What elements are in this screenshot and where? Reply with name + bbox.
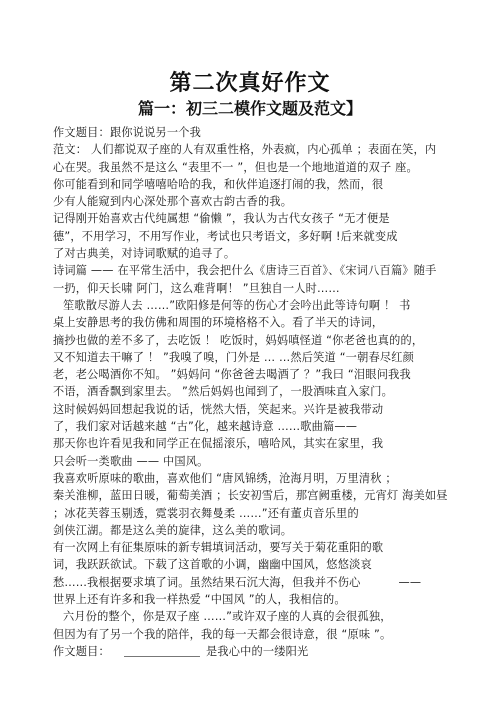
text-line: 愁……我根据要求填了词。虽然结果石沉大海，但我并不伤心—— [53, 574, 473, 591]
text-line: ；冰花芙蓉玉剔透，霓裳羽衣舞曼柔 ……”还有董贞音乐里的 [53, 505, 473, 522]
text-line: 有一次网上有征集原味的新专辑填词活动，要写关于菊花重阳的歌 [53, 539, 473, 556]
text-line: 了对古典美，对诗词歌赋的追寻了。 [53, 245, 473, 262]
text-line: 但因为有了另一个我的陪伴，我的每一天都会很诗意，很 “原味 ”。 [53, 626, 473, 643]
text-line: 那天你也许看见我和同学正在侃摇滚乐，嘻哈风，其实在家里，我 [53, 435, 473, 452]
document-subtitle: 篇一：初三二模作文题及范文】 [0, 96, 500, 119]
text-line: 剑侠江湖。都是这么美的旋律，这么美的歌词。 [53, 522, 473, 539]
final-prompt-line: 作文题目：是我心中的一缕阳光 [53, 643, 473, 660]
text-line: 只会听一类歌曲 —— 中国风。 [53, 453, 473, 470]
text-line: 德”，不用学习，不用写作业，考试也只考语文，多好啊 !后来就变成 [53, 228, 473, 245]
text-line-content: 愁……我根据要求填了词。虽然结果石沉大海，但我并不伤心 [53, 576, 360, 589]
text-line: 心在哭。我虽然不是这么 “表里不一 ”，但也是一个地地道道的双子 座。 [53, 159, 473, 176]
text-line: 词，我跃跃欲试。下载了这首歌的小调，幽幽中国风，悠悠淡哀 [53, 556, 473, 573]
text-line: 桌上安静思考的我仿佛和周围的环境格格不入。看了半天的诗词， [53, 314, 473, 331]
text-line: 少有人能窥到内心深处那个喜欢古韵古香的我。 [53, 193, 473, 210]
text-line: 又不知道去干嘛了 ！ ”我嗅了嗅，门外是 … …然后笑道 “一朝春尽红颜 [53, 349, 473, 366]
text-line: 诗词篇 —— 在平常生活中，我会把什么《唐诗三百首》、《宋词八百篇》随手 [53, 262, 473, 279]
text-line: 六月份的整个，你是双子座 ……”或许双子座的人真的会很孤独， [53, 608, 473, 625]
dash-tail: —— [398, 574, 421, 591]
text-line: 记得刚开始喜欢古代纯属想 “偷懒 ”，我认为古代女孩子 “无才便是 [53, 210, 473, 227]
text-line: 我喜欢听原味的歌曲，喜欢他们 “唐风锦绣，沧海月明，万里清秋 ； [53, 470, 473, 487]
essay-body: 作文题目：跟你说说另一个我 范文： 人们都说双子座的人有双重性格，外表疯，内心孤… [53, 124, 473, 660]
text-line: 老，老公喝酒你不知。 ”妈妈问 “你爸爸去喝酒了 ？”我曰 “泪眼问我我 [53, 366, 473, 383]
prompt-label: 作文题目： [53, 645, 110, 658]
prompt-suffix: 是我心中的一缕阳光 [206, 645, 309, 658]
text-line: 摘抄也做的差不多了，去吃饭 ！ 吃饭时，妈妈嗔怪道 “你老爸也真的的， [53, 332, 473, 349]
document-title: 第二次真好作文 [0, 66, 500, 97]
text-line: 世界上还有许多和我一样热爱 “中国风 ”的人，我相信的。 [53, 591, 473, 608]
text-line: 你可能看到和同学嘻嘻哈哈的我，和伙伴追逐打闹的我，然而，很 [53, 176, 473, 193]
text-line: 范文： 人们都说双子座的人有双重性格，外表疯，内心孤单 ；表面在笑，内 [53, 141, 473, 158]
text-line: 秦关淮柳，蓝田日暖，葡萄美酒 ；长安初雪后，那宫阙重楼，元宵灯 海美如昼 [53, 487, 473, 504]
text-line: 笙歌散尽游人去 ……”欧阳修是何等的伤心才会吟出此等诗句啊 ！ 书 [53, 297, 473, 314]
fill-in-blank [124, 646, 200, 657]
text-line: 不语，酒香飘到家里去。 ”然后妈妈也闻到了，一股酒味直入家门。 [53, 383, 473, 400]
text-line: 作文题目：跟你说说另一个我 [53, 124, 473, 141]
text-line: 这时候妈妈回想起我说的话，恍然大悟，笑起来。兴许是被我带动 [53, 401, 473, 418]
text-line: 了，我们家对话越来越 “古”化，越来越诗意 ……歌曲篇—— [53, 418, 473, 435]
text-line: 一扔，仰天长啸 阿门，这么难背啊！ ”旦独自一人时…… [53, 280, 473, 297]
